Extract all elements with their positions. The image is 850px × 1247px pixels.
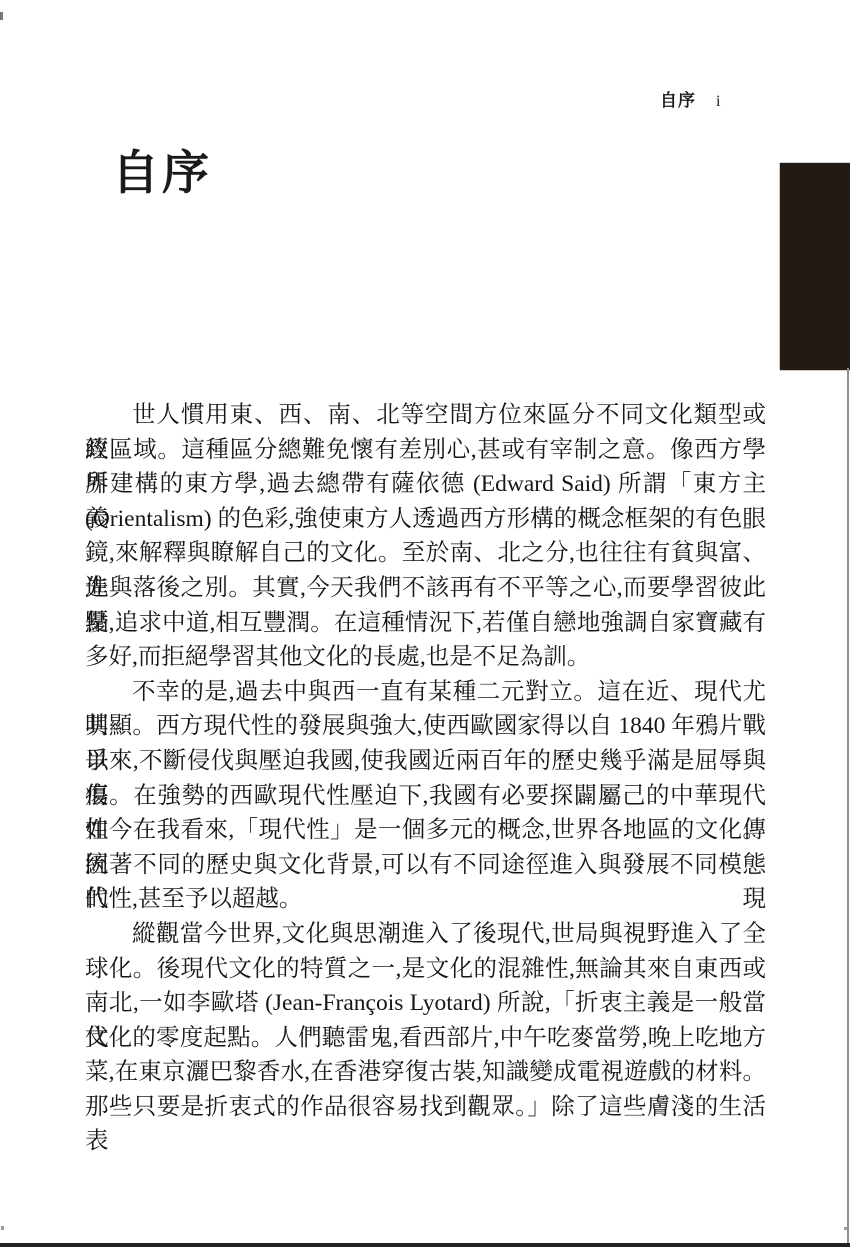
body-line: 因著不同的歷史與文化背景,可以有不同途徑進入與發展不同模態的現 (85, 848, 766, 883)
body-line: 菜,在東京灑巴黎香水,在香港穿復古裝,知識變成電視遊戲的材料。 (85, 1055, 766, 1090)
chapter-title: 自序 (112, 151, 212, 198)
body-line: 痕。在強勢的西歐現代性壓迫下,我國有必要探闢屬己的中華現代性。 (85, 779, 766, 814)
body-line: 點,追求中道,相互豐潤。在這種情況下,若僅自戀地強調自家寶藏有 (85, 606, 766, 641)
body-line: 那些只要是折衷式的作品很容易找到觀眾。」除了這些膚淺的生活表 (85, 1090, 766, 1125)
scan-speck-bottom-right (844, 1227, 847, 1230)
body-line: 明顯。西方現代性的發展與強大,使西歐國家得以自 1840 年鴉片戰爭 (85, 709, 766, 744)
body-line: 所建構的東方學,過去總帶有薩依德 (Edward Said) 所謂「東方主義」 (85, 467, 766, 502)
scan-speck-top-left (0, 12, 3, 20)
running-header-section: 自序 (660, 86, 696, 111)
body-line: (Orientalism) 的色彩,強使東方人透過西方形構的概念框架的有色眼 (85, 502, 766, 537)
body-line: 以來,不斷侵伐與壓迫我國,使我國近兩百年的歷史幾乎滿是屈辱與傷 (85, 744, 766, 779)
thumb-index-tab (780, 163, 850, 370)
page-edge-line (847, 368, 849, 1247)
body-line: 進與落後之別。其實,今天我們不該再有不平等之心,而要學習彼此優 (85, 571, 766, 606)
body-line: 經區域。這種區分總難免懷有差別心,甚或有宰制之意。像西方學界 (85, 433, 766, 468)
running-header: 自序 i (660, 86, 720, 111)
body-line: 世人慣用東、西、南、北等空間方位來區分不同文化類型或政 (85, 398, 766, 433)
scan-speck-bottom-left (1, 1226, 4, 1230)
body-line: 球化。後現代文化的特質之一,是文化的混雜性,無論其來自東西或 (85, 952, 766, 987)
book-page: 自序 i 自序 世人慣用東、西、南、北等空間方位來區分不同文化類型或政 經區域。… (0, 0, 850, 1247)
body-line: 鏡,來解釋與瞭解自己的文化。至於南、北之分,也往往有貧與富、先 (85, 536, 766, 571)
body-line: 不幸的是,過去中與西一直有某種二元對立。這在近、現代尤其 (85, 675, 766, 710)
body-line: 多好,而拒絕學習其他文化的長處,也是不足為訓。 (85, 640, 766, 675)
body-line: 縱觀當今世界,文化與思潮進入了後現代,世局與視野進入了全 (85, 917, 766, 952)
body-line: 南北,一如李歐塔 (Jean-François Lyotard) 所說,「折衷主… (85, 986, 766, 1021)
page-number: i (716, 93, 720, 111)
body-line: 文化的零度起點。人們聽雷鬼,看西部片,中午吃麥當勞,晚上吃地方 (85, 1021, 766, 1056)
bottom-scan-bar (0, 1243, 850, 1247)
body-line: 如今在我看來,「現代性」是一個多元的概念,世界各地區的文化傳統 (85, 813, 766, 848)
body-text: 世人慣用東、西、南、北等空間方位來區分不同文化類型或政 經區域。這種區分總難免懷… (85, 398, 766, 1124)
